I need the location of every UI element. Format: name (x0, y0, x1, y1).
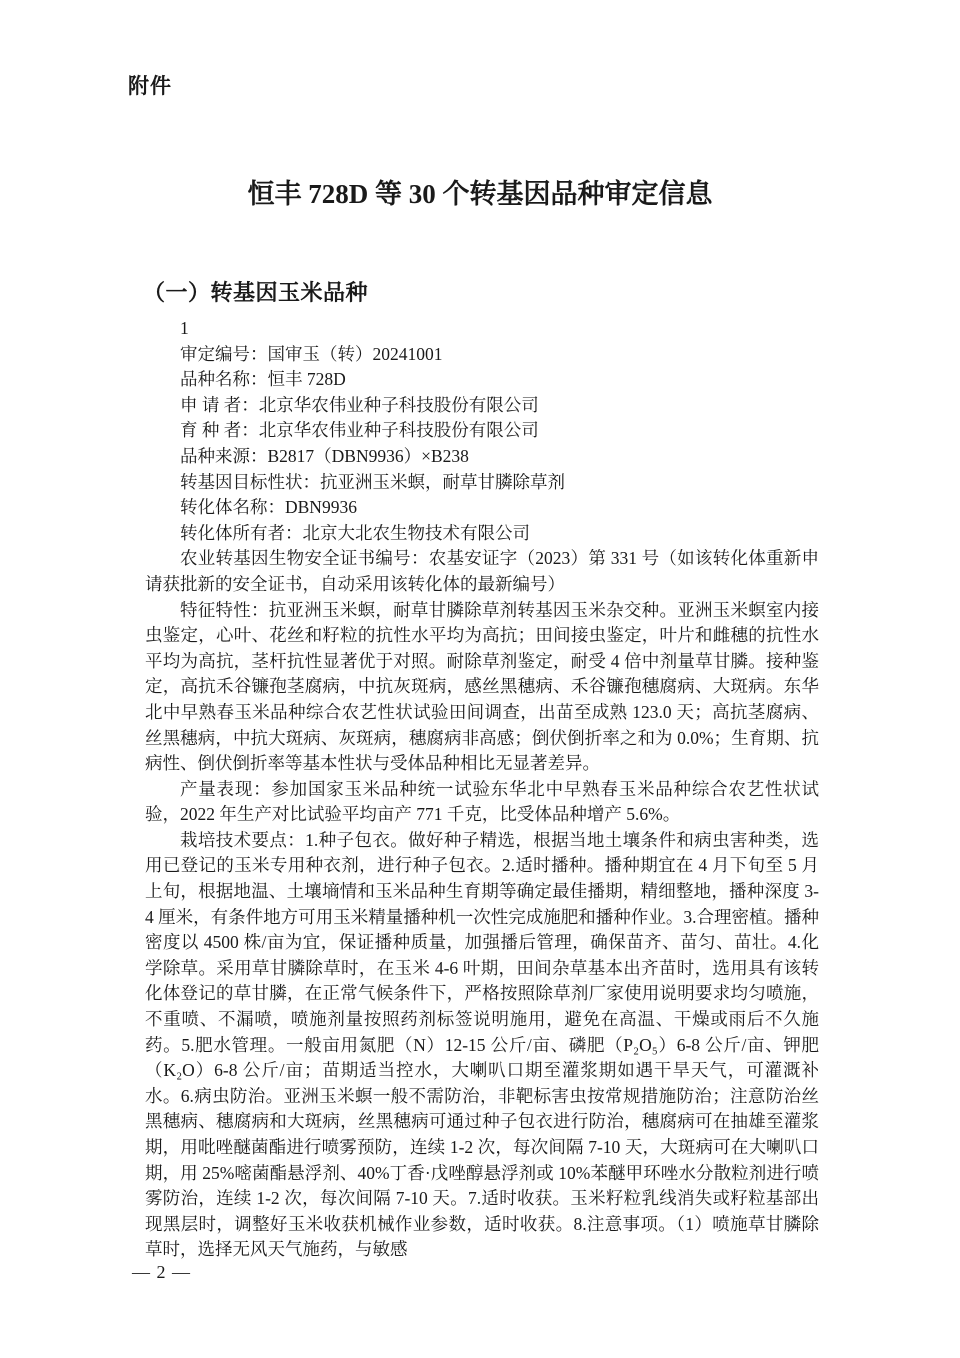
field-variety-source: 品种来源：B2817（DBN9936）×B238 (145, 444, 819, 470)
field-applicant: 申 请 者：北京华农伟业种子科技股份有限公司 (145, 393, 819, 419)
field-gm-target-trait: 转基因目标性状：抗亚洲玉米螟，耐草甘膦除草剂 (145, 470, 819, 496)
field-transformation-event-name: 转化体名称：DBN9936 (145, 495, 819, 521)
entry-number: 1 (145, 316, 819, 342)
document-title: 恒丰 728D 等 30 个转基因品种审定信息 (0, 172, 960, 211)
page-number: — 2 — (132, 1262, 191, 1283)
attachment-label: 附件 (128, 70, 172, 100)
field-variety-name: 品种名称：恒丰 728D (145, 367, 819, 393)
paragraph-cultivation-techniques: 栽培技术要点：1.种子包衣。做好种子精选，根据当地土壤条件和病虫害种类，选用已登… (145, 828, 819, 1263)
field-approval-number: 审定编号：国审玉（转）20241001 (145, 342, 819, 368)
field-transformation-event-owner: 转化体所有者：北京大北农生物技术有限公司 (145, 521, 819, 547)
document-body: 1 审定编号：国审玉（转）20241001 品种名称：恒丰 728D 申 请 者… (145, 316, 819, 1263)
paragraph-yield-performance: 产量表现：参加国家玉米品种统一试验东华北中早熟春玉米品种综合农艺性状试验，202… (145, 777, 819, 828)
section-heading: （一）转基因玉米品种 (143, 276, 368, 307)
paragraph-safety-certificate: 农业转基因生物安全证书编号：农基安证字（2023）第 331 号（如该转化体重新… (145, 546, 819, 597)
field-breeder: 育 种 者：北京华农伟业种子科技股份有限公司 (145, 418, 819, 444)
paragraph-characteristics: 特征特性：抗亚洲玉米螟，耐草甘膦除草剂转基因玉米杂交种。亚洲玉米螟室内接虫鉴定，… (145, 598, 819, 777)
document-page: 附件 恒丰 728D 等 30 个转基因品种审定信息 （一）转基因玉米品种 1 … (0, 0, 960, 1358)
